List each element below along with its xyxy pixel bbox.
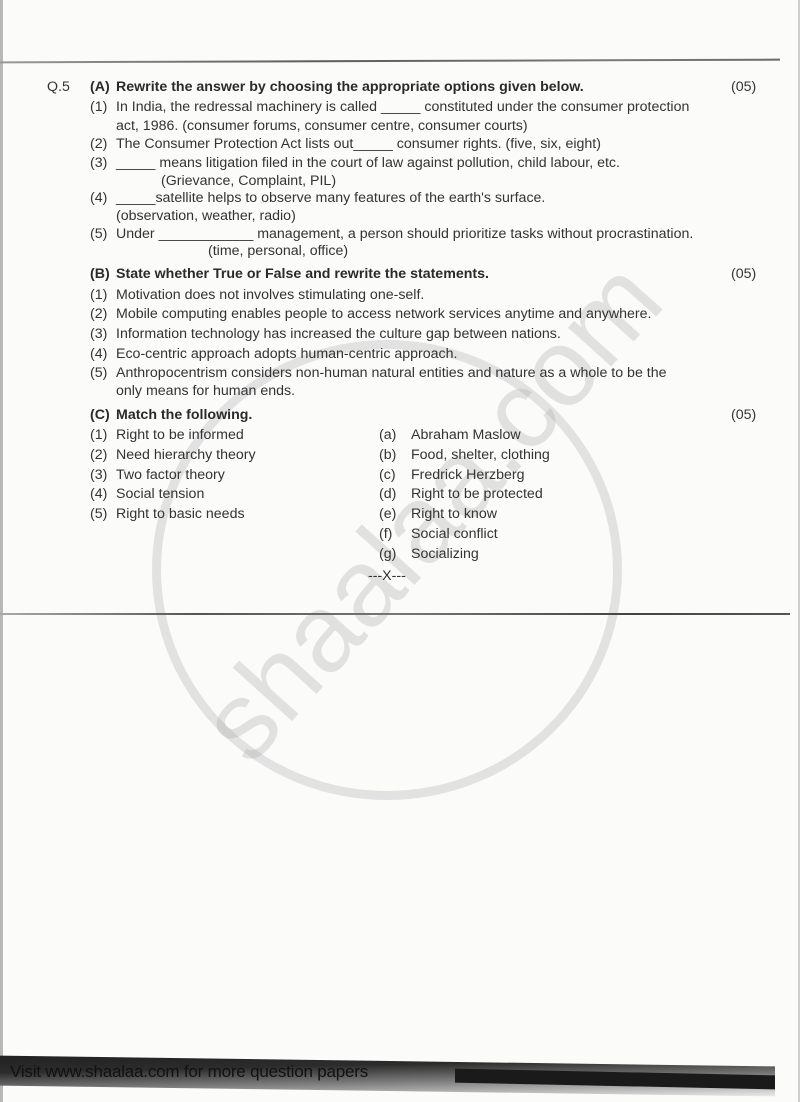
- section-b-item-number: (3): [90, 325, 107, 343]
- section-a-item-number: (4): [90, 189, 107, 207]
- match-b-letter: (c): [379, 466, 396, 484]
- section-c-label: (C): [90, 406, 110, 424]
- match-b-text: Right to know: [411, 505, 497, 523]
- match-b-letter: (g): [379, 545, 396, 563]
- section-a-label: (A): [90, 78, 110, 96]
- match-b-letter: (d): [379, 485, 396, 503]
- section-a-marks: (05): [731, 78, 756, 96]
- section-a-item-text: act, 1986. (consumer forums, consumer ce…: [116, 117, 528, 135]
- section-b-marks: (05): [731, 265, 756, 283]
- match-b-letter: (e): [379, 505, 396, 523]
- section-c-title: Match the following.: [116, 406, 252, 424]
- section-b-title: State whether True or False and rewrite …: [116, 265, 489, 283]
- section-a-item-options: (time, personal, office): [208, 242, 348, 260]
- section-b-item-number: (4): [90, 345, 107, 363]
- section-a-item-text: The Consumer Protection Act lists out___…: [116, 135, 601, 153]
- section-b-item-number: (1): [90, 286, 107, 304]
- section-a-item-text: In India, the redressal machinery is cal…: [116, 98, 689, 116]
- section-b-item-text: Anthropocentrism considers non-human nat…: [116, 364, 667, 382]
- section-a-item-text: _____satellite helps to observe many fea…: [116, 189, 545, 207]
- section-b-item-text: Mobile computing enables people to acces…: [116, 305, 651, 323]
- match-b-letter: (f): [379, 525, 392, 543]
- section-a-item-number: (2): [90, 135, 107, 153]
- match-b-text: Fredrick Herzberg: [411, 466, 525, 484]
- section-b-item-text: Eco-centric approach adopts human-centri…: [116, 345, 457, 363]
- section-b-item-text: only means for human ends.: [116, 382, 295, 400]
- section-a-item-number: (1): [90, 98, 107, 116]
- match-a-number: (3): [90, 466, 107, 484]
- match-b-text: Social conflict: [411, 525, 498, 543]
- match-a-text: Need hierarchy theory: [116, 446, 256, 464]
- question-number: Q.5: [47, 78, 70, 96]
- match-b-letter: (b): [379, 446, 396, 464]
- match-b-text: Abraham Maslow: [411, 426, 521, 444]
- section-a-item-options: (Grievance, Complaint, PIL): [161, 172, 336, 190]
- match-a-text: Social tension: [116, 485, 204, 503]
- section-b-item-number: (5): [90, 364, 107, 382]
- match-a-number: (4): [90, 485, 107, 503]
- section-a-title: Rewrite the answer by choosing the appro…: [116, 78, 584, 96]
- match-a-text: Two factor theory: [116, 466, 225, 484]
- page-edge: [0, 0, 3, 1102]
- match-b-letter: (a): [379, 426, 396, 444]
- section-a-item-number: (5): [90, 225, 107, 243]
- section-divider: [0, 613, 790, 615]
- match-b-text: Socializing: [411, 545, 479, 563]
- match-a-number: (2): [90, 446, 107, 464]
- match-a-text: Right to be informed: [116, 426, 244, 444]
- section-a-item-number: (3): [90, 154, 107, 172]
- section-b-item-text: Information technology has increased the…: [116, 325, 561, 343]
- footer-link[interactable]: Visit www.shaalaa.com for more question …: [10, 1062, 368, 1082]
- section-b-item-text: Motivation does not involves stimulating…: [116, 286, 424, 304]
- match-a-text: Right to basic needs: [116, 505, 245, 523]
- match-b-text: Right to be protected: [411, 485, 543, 503]
- section-b-label: (B): [90, 265, 110, 283]
- end-marker: ---X---: [368, 567, 406, 585]
- section-b-item-number: (2): [90, 305, 107, 323]
- match-a-number: (1): [90, 426, 107, 444]
- match-a-number: (5): [90, 505, 107, 523]
- section-a-item-text: _____ means litigation filed in the cour…: [116, 154, 620, 172]
- match-b-text: Food, shelter, clothing: [411, 446, 550, 464]
- section-c-marks: (05): [731, 406, 756, 424]
- top-divider: [0, 59, 780, 64]
- section-a-item-text: Under ____________ management, a person …: [116, 225, 693, 243]
- section-a-item-options: (observation, weather, radio): [116, 207, 296, 225]
